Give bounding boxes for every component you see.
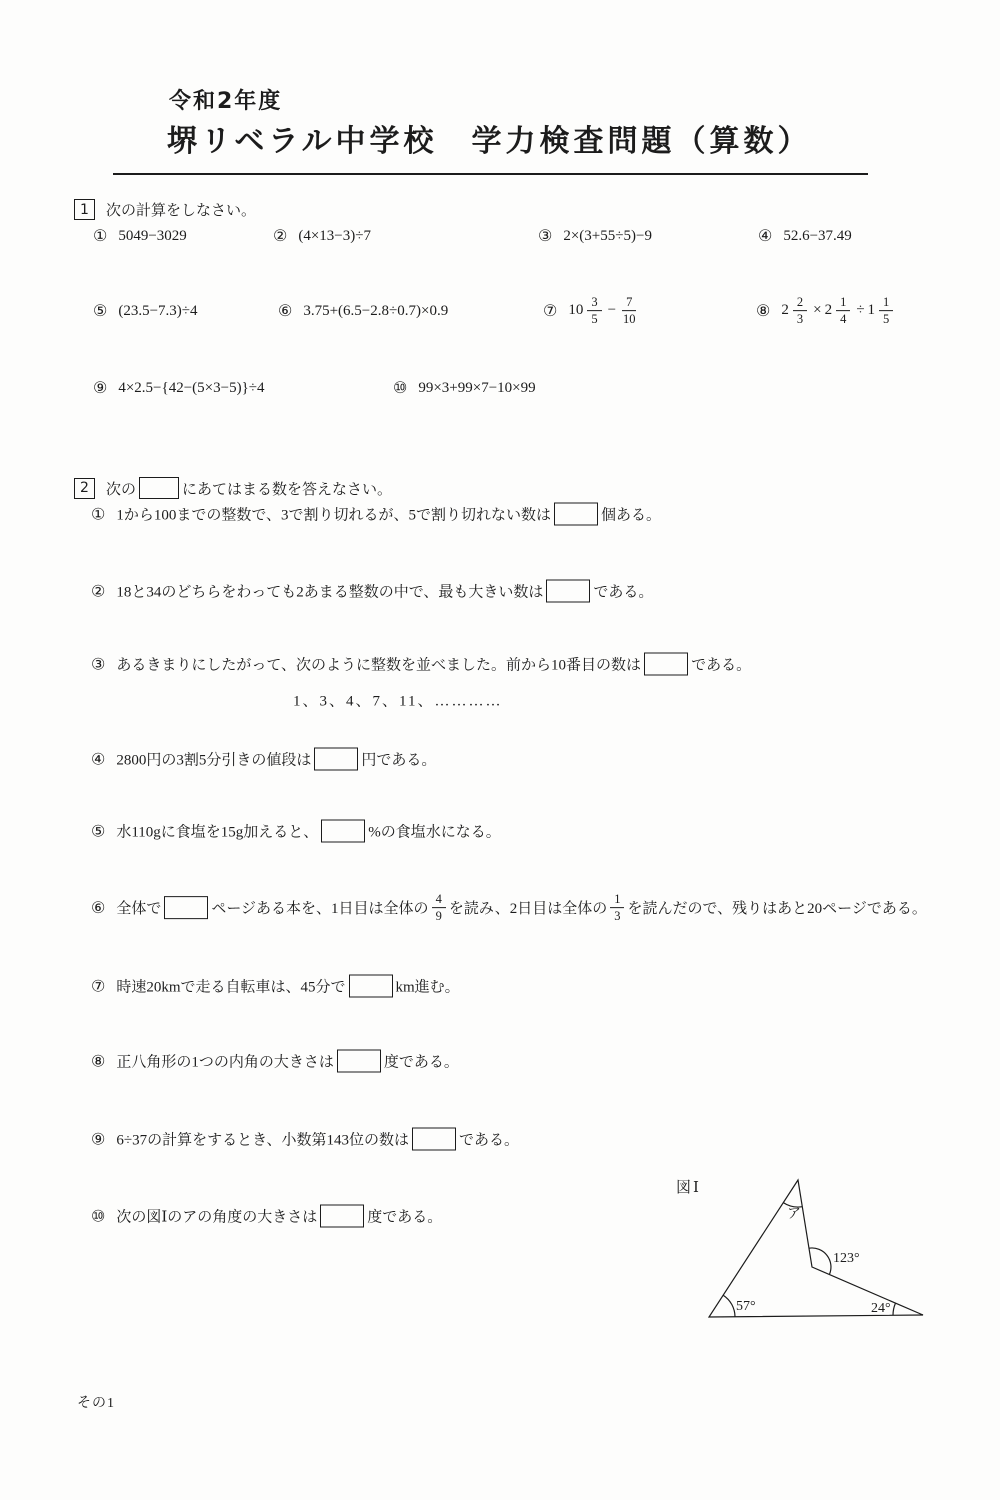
answer-blank-box [349, 975, 393, 998]
expression: 99×3+99×7−10×99 [418, 380, 535, 397]
question-number: ⑧ [91, 1051, 105, 1071]
question-text: 度である。 [367, 1206, 442, 1227]
whole-number: 2 [781, 303, 789, 320]
question-number: ⑩ [91, 1206, 105, 1226]
question-text: 次の図Ⅰのアの角度の大きさは [116, 1206, 317, 1227]
question-number: ⑥ [91, 898, 105, 918]
s1-question-4: ④ 52.6−37.49 [758, 226, 852, 246]
angle-label-57: 57° [736, 1299, 756, 1314]
question-number: ① [91, 504, 105, 524]
s1-question-7: ⑦ 10 35 − 710 [543, 295, 639, 327]
expression: 2×(3+55÷5)−9 [563, 228, 652, 245]
s1-question-10: ⑩ 99×3+99×7−10×99 [393, 378, 536, 398]
s2-question-4: ④ 2800円の3割5分引きの値段は 円である。 [91, 748, 436, 771]
question-number: ⑦ [91, 976, 105, 996]
section-1-number-box: 1 [74, 199, 95, 220]
section-2-prompt-pre: 次の [106, 478, 136, 499]
expression: 5049−3029 [118, 228, 186, 245]
s2-question-7: ⑦ 時速20kmで走る自転車は、45分で km進む。 [91, 975, 460, 998]
whole-number: 10 [568, 303, 583, 320]
question-text: km進む。 [396, 976, 460, 997]
answer-blank-box [337, 1050, 381, 1073]
question-text: %の食塩水になる。 [368, 821, 501, 842]
question-text: ページある本を、1日目は全体の [211, 898, 428, 919]
s2-question-3: ③ あるきまりにしたがって、次のように整数を並べました。前から10番目の数は で… [91, 653, 751, 676]
s1-question-1: ① 5049−3029 [93, 226, 187, 246]
whole-number: 1 [868, 303, 876, 320]
answer-blank-box [314, 748, 358, 771]
numerator: 2 [793, 295, 807, 311]
s1-question-3: ③ 2×(3+55÷5)−9 [538, 226, 652, 246]
numerator: 7 [622, 295, 636, 311]
denominator: 5 [591, 312, 597, 327]
answer-blank-box [546, 580, 590, 603]
question-text: 個ある。 [601, 504, 661, 525]
question-number: ② [91, 581, 105, 601]
question-text: 水110gに食塩を15g加えると、 [116, 821, 318, 842]
question-text: 2800円の3割5分引きの値段は [116, 749, 311, 770]
expression: 3.75+(6.5−2.8÷0.7)×0.9 [303, 303, 448, 320]
question-number: ③ [538, 226, 552, 246]
numerator: 1 [836, 295, 850, 311]
question-text: である。 [691, 654, 751, 675]
answer-blank-box [164, 897, 208, 920]
question-text: 6÷37の計算をするとき、小数第143位の数は [116, 1129, 409, 1150]
answer-blank-box [321, 820, 365, 843]
s1-question-8: ⑧ 2 23 × 2 14 ÷ 1 15 [756, 295, 896, 327]
numerator: 4 [432, 892, 446, 908]
question-number: ④ [91, 749, 105, 769]
page-number: その1 [77, 1392, 115, 1412]
figure-1-diagram: ア 123° 57° 24° [688, 1152, 938, 1332]
expression: (23.5−7.3)÷4 [118, 303, 197, 320]
section-2-header: 2 次の にあてはまる数を答えなさい。 [74, 477, 392, 499]
question-number: ⑤ [91, 821, 105, 841]
denominator: 3 [797, 312, 803, 327]
angle-label-123: 123° [833, 1251, 860, 1266]
expression: 52.6−37.49 [783, 228, 851, 245]
expression: (4×13−3)÷7 [298, 228, 371, 245]
s1-question-2: ② (4×13−3)÷7 [273, 226, 371, 246]
question-number: ③ [91, 654, 105, 674]
s1-question-5: ⑤ (23.5−7.3)÷4 [93, 301, 198, 321]
angle-arc-right [893, 1303, 896, 1315]
angle-arc-left [723, 1295, 735, 1317]
question-text: あるきまりにしたがって、次のように整数を並べました。前から10番目の数は [116, 654, 641, 675]
question-number: ⑩ [393, 378, 407, 398]
fraction: 13 [610, 892, 624, 924]
answer-blank-box [320, 1205, 364, 1228]
question-text: である。 [459, 1129, 519, 1150]
section-2-number-box: 2 [74, 478, 95, 499]
answer-blank-box [644, 653, 688, 676]
s2-question-10: ⑩ 次の図Ⅰのアの角度の大きさは 度である。 [91, 1205, 442, 1228]
page-title: 堺リベラル中学校 学力検査問題（算数） [167, 116, 812, 160]
question-number: ⑨ [91, 1129, 105, 1149]
question-number: ⑥ [278, 301, 292, 321]
question-text: を読み、2日目は全体の [449, 898, 607, 919]
denominator: 3 [614, 909, 620, 924]
numerator: 1 [879, 295, 893, 311]
question-number: ⑧ [756, 301, 770, 321]
section-1-header: 1 次の計算をしなさい。 [74, 199, 256, 220]
denominator: 10 [623, 312, 636, 327]
fraction: 14 [836, 295, 850, 327]
question-text: 18と34のどちらをわっても2あまる整数の中で、最も大きい数は [116, 581, 543, 602]
expression: 4×2.5−{42−(5×3−5)}÷4 [118, 380, 264, 397]
answer-blank-box [412, 1128, 456, 1151]
fraction: 49 [432, 892, 446, 924]
question-text: 正八角形の1つの内角の大きさは [116, 1051, 334, 1072]
operator: × [813, 303, 821, 320]
angle-label-24: 24° [871, 1301, 891, 1316]
fraction: 710 [622, 295, 636, 327]
fraction: 23 [793, 295, 807, 327]
exam-paper-page: 令和2年度 堺リベラル中学校 学力検査問題（算数） 1 次の計算をしなさい。 ①… [0, 0, 1000, 1500]
s2-question-1: ① 1から100までの整数で、3で割り切れるが、5で割り切れない数は 個ある。 [91, 503, 661, 526]
question-text: 全体で [116, 898, 161, 919]
answer-blank-box [139, 477, 179, 499]
s1-question-6: ⑥ 3.75+(6.5−2.8÷0.7)×0.9 [278, 301, 448, 321]
question-text: である。 [593, 581, 653, 602]
s2-question-5: ⑤ 水110gに食塩を15g加えると、 %の食塩水になる。 [91, 820, 501, 843]
question-text: 度である。 [384, 1051, 459, 1072]
fraction: 35 [587, 295, 601, 327]
question-number: ⑨ [93, 378, 107, 398]
section-2-prompt-post: にあてはまる数を答えなさい。 [182, 478, 392, 499]
question-text: を読んだので、残りはあと20ページである。 [627, 898, 926, 919]
s2-question-2: ② 18と34のどちらをわっても2あまる整数の中で、最も大きい数は である。 [91, 580, 653, 603]
numerator: 3 [587, 295, 601, 311]
question-number: ② [273, 226, 287, 246]
whole-number: 2 [825, 303, 833, 320]
exam-year: 令和2年度 [169, 84, 282, 115]
operator: − [608, 303, 616, 320]
answer-blank-box [554, 503, 598, 526]
question-number: ⑤ [93, 301, 107, 321]
angle-label-a: ア [787, 1207, 801, 1222]
number-sequence: 1、3、4、7、11、………… [293, 690, 502, 711]
denominator: 9 [436, 909, 442, 924]
s1-question-9: ⑨ 4×2.5−{42−(5×3−5)}÷4 [93, 378, 265, 398]
question-text: 1から100までの整数で、3で割り切れるが、5で割り切れない数は [116, 504, 551, 525]
numerator: 1 [610, 892, 624, 908]
s2-question-9: ⑨ 6÷37の計算をするとき、小数第143位の数は である。 [91, 1128, 519, 1151]
question-number: ① [93, 226, 107, 246]
denominator: 5 [883, 312, 889, 327]
question-number: ⑦ [543, 301, 557, 321]
s2-question-6: ⑥ 全体で ページある本を、1日目は全体の 49 を読み、2日目は全体の 13 … [91, 892, 927, 924]
fraction: 15 [879, 295, 893, 327]
operator: ÷ [856, 303, 864, 320]
question-text: 時速20kmで走る自転車は、45分で [116, 976, 345, 997]
section-1-prompt: 次の計算をしなさい。 [106, 199, 256, 220]
question-text: 円である。 [361, 749, 436, 770]
question-number: ④ [758, 226, 772, 246]
s2-question-8: ⑧ 正八角形の1つの内角の大きさは 度である。 [91, 1050, 459, 1073]
denominator: 4 [840, 312, 846, 327]
title-underline [113, 173, 868, 175]
